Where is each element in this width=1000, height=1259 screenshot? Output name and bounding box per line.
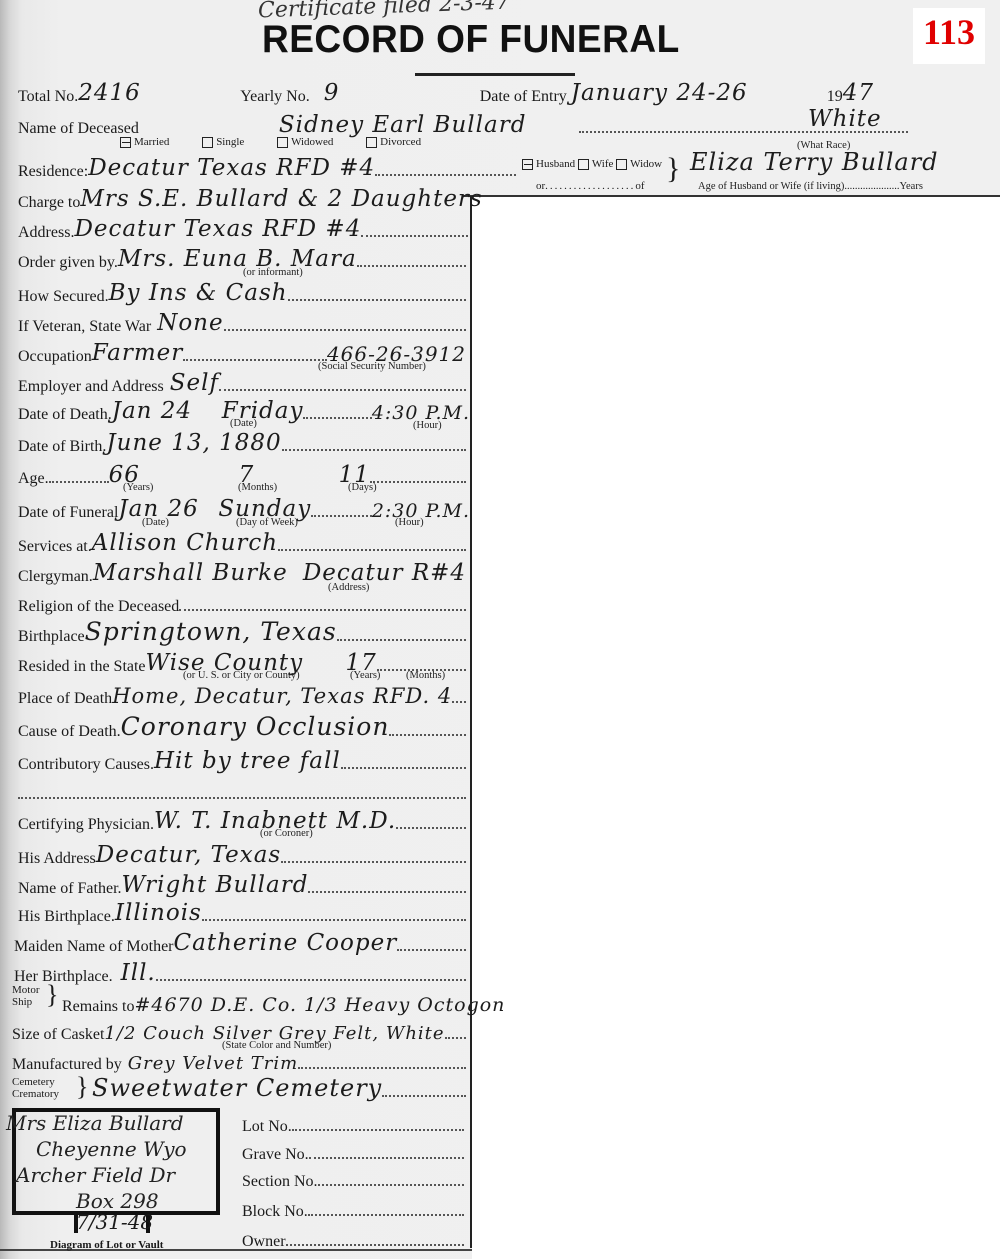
father-birthplace-label: His Birthplace. (18, 908, 115, 926)
physician-label: Certifying Physician. (18, 816, 154, 834)
dot-leader (311, 515, 372, 517)
dot-leader (49, 481, 109, 483)
owner-row: Owner (242, 1227, 464, 1251)
dot-leader (389, 734, 466, 736)
physician-address-value: Decatur, Texas (96, 842, 281, 868)
dot-leader (183, 359, 327, 361)
veteran-value: None (151, 310, 223, 336)
date-of-entry-label: Date of Entry (480, 88, 567, 106)
spouse-option-wife[interactable]: Wife (578, 158, 614, 170)
days-caption: (Days) (348, 482, 377, 493)
order-given-by-label: Order given by. (18, 254, 118, 272)
checkbox[interactable] (277, 137, 288, 148)
column-divider-line (470, 196, 472, 1248)
years-caption: (Years) (123, 482, 153, 493)
cause-of-death-label: Cause of Death. (18, 723, 121, 741)
diagram-label: Diagram of Lot or Vault (50, 1239, 163, 1251)
birthplace-label: Birthplace (18, 628, 85, 646)
date-of-birth-label: Date of Birth. (18, 438, 106, 456)
marital-option-divorced[interactable]: Divorced (366, 136, 421, 148)
grave-no-label: Grave No. (242, 1146, 309, 1164)
services-at-value: Allison Church (92, 530, 278, 556)
dot-leader (375, 174, 516, 176)
employer-row: Employer and Address Self (18, 368, 466, 396)
dot-leader (361, 235, 468, 237)
form-title: RECORD OF FUNERAL (262, 18, 680, 62)
dot-leader (202, 919, 466, 921)
place-of-death-value: Home, Decatur, Texas RFD. 4 (112, 684, 452, 708)
dot-leader (337, 639, 466, 641)
page-number: 113 (913, 8, 985, 64)
date-caption: (Date) (142, 517, 169, 528)
dot-leader (224, 329, 466, 331)
date-of-birth-row: Date of Birth. June 13, 1880 (18, 428, 466, 456)
dot-leader (309, 1157, 464, 1159)
or-coroner-caption: (or Coroner) (260, 828, 313, 839)
checkbox[interactable] (578, 159, 589, 170)
owner-label: Owner (242, 1233, 286, 1251)
clergyman-row: Clergyman. Marshall Burke Decatur R#4 (18, 558, 470, 586)
place-of-death-label: Place of Death (18, 690, 112, 708)
religion-row: Religion of the Deceased (18, 588, 466, 616)
date-of-birth-value: June 13, 1880 (106, 430, 281, 456)
place-of-death-row: Place of Death Home, Decatur, Texas RFD.… (18, 680, 466, 708)
religion-label: Religion of the Deceased (18, 598, 179, 616)
dot-leader (397, 949, 466, 951)
cause-of-death-value: Coronary Occlusion (121, 712, 390, 741)
clergyman-value: Marshall Burke (93, 560, 303, 586)
block-no-label: Block No. (242, 1203, 308, 1221)
marital-option-widowed[interactable]: Widowed (277, 136, 333, 148)
residence-row: Residence: Decatur Texas RFD #4 (18, 153, 516, 181)
dot-leader (445, 1037, 466, 1039)
lot-no-label: Lot No. (242, 1118, 292, 1136)
checkbox-checked[interactable] (522, 159, 533, 170)
address-value: Decatur Texas RFD #4 (74, 216, 361, 242)
dot-leader (452, 701, 466, 703)
occupation-label: Occupation (18, 348, 92, 366)
spouse-or-label: or...................of (536, 180, 645, 192)
mother-row: Maiden Name of Mother Catherine Cooper (14, 928, 466, 956)
order-given-by-row: Order given by. Mrs. Euna B. Mara (18, 244, 466, 272)
day-of-week-caption: (Day of Week) (236, 517, 298, 528)
casket-label: Size of Casket (12, 1026, 104, 1044)
date-of-death-label: Date of Death. (18, 406, 112, 424)
birthplace-row: Birthplace Springtown, Texas (18, 618, 466, 646)
brace-symbol: } (76, 1072, 88, 1102)
occupation-value: Farmer (92, 340, 184, 366)
yearly-no-label: Yearly No. (240, 88, 309, 106)
year-suffix: 47 (843, 80, 874, 106)
father-birthplace-row: His Birthplace. Illinois (18, 898, 466, 926)
resided-label: Resided in the State (18, 658, 146, 676)
hour-caption: (Hour) (395, 517, 424, 528)
header-divider-line (462, 195, 1000, 197)
dot-leader (308, 891, 466, 893)
grave-no-row: Grave No. (242, 1140, 464, 1164)
charge-to-row: Charge to Mrs S.E. Bullard & 2 Daughters (18, 184, 470, 212)
remains-label: Remains to (62, 998, 134, 1016)
cemetery-row: Sweetwater Cemetery (92, 1074, 466, 1102)
spouse-relation-options: Husband Wife Widow (522, 158, 662, 170)
dot-leader (288, 299, 466, 301)
mother-value: Catherine Cooper (174, 930, 398, 956)
birthplace-value: Springtown, Texas (85, 617, 337, 646)
checkbox[interactable] (202, 137, 213, 148)
brace-symbol: } (666, 152, 680, 186)
race-value: White (808, 106, 882, 132)
dot-leader (219, 389, 466, 391)
block-no-row: Block No. (242, 1197, 464, 1221)
dot-leader (370, 481, 466, 483)
spouse-option-widow[interactable]: Widow (616, 158, 662, 170)
dot-leader (18, 797, 466, 799)
address-row: Address. Decatur Texas RFD #4 (18, 214, 468, 242)
spouse-option-husband[interactable]: Husband (522, 158, 575, 170)
mother-birthplace-value: Ill. (113, 960, 156, 986)
physician-row: Certifying Physician. W. T. Inabnett M.D… (18, 806, 466, 834)
blank-right-area (472, 197, 1000, 1259)
diagram-date-note: 7/31-48 (76, 1210, 153, 1234)
marital-status-options: Married Single Widowed Divorced (120, 136, 451, 148)
total-no-value: 2416 (78, 80, 228, 106)
how-secured-value: By Ins & Cash (109, 280, 288, 306)
yearly-no-value: 9 (310, 80, 480, 106)
order-given-by-value: Mrs. Euna B. Mara (118, 246, 357, 272)
charge-to-label: Charge to (18, 194, 80, 212)
dot-leader (303, 417, 371, 419)
marital-option-married[interactable]: Married (120, 136, 169, 148)
cause-of-death-row: Cause of Death. Coronary Occlusion (18, 713, 466, 741)
dot-leader (278, 549, 466, 551)
months-caption: (Months) (238, 482, 277, 493)
year-prefix: 19 (827, 88, 843, 106)
checkbox-checked[interactable] (120, 137, 131, 148)
dot-leader (308, 1214, 464, 1216)
dot-leader (382, 1095, 466, 1097)
dot-leader (179, 609, 466, 611)
dot-leader (341, 767, 466, 769)
services-at-row: Services at. Allison Church (18, 528, 466, 556)
lot-no-row: Lot No. (242, 1112, 464, 1136)
scanned-form-page: Certificate filed 2-3-47 RECORD OF FUNER… (0, 0, 1000, 1259)
father-birthplace-value: Illinois (115, 900, 202, 926)
name-of-deceased-row: Name of Deceased Sidney Earl Bullard Whi… (18, 110, 908, 138)
dot-leader (318, 1184, 464, 1186)
residence-value: Decatur Texas RFD #4 (88, 155, 375, 181)
father-label: Name of Father. (18, 880, 122, 898)
date-of-death-value: Jan 24 (112, 398, 222, 424)
services-at-label: Services at. (18, 538, 92, 556)
mother-label: Maiden Name of Mother (14, 938, 174, 956)
contributory-causes-label: Contributory Causes. (18, 756, 154, 774)
brace-symbol: } (46, 980, 58, 1010)
or-informant-caption: (or informant) (243, 267, 303, 278)
section-no-label: Section No. (242, 1173, 318, 1191)
diagram-handwritten-notes: Mrs Eliza Bullard Cheyenne Wyo Archer Fi… (6, 1110, 256, 1214)
veteran-row: If Veteran, State War None (18, 308, 466, 336)
clergyman-label: Clergyman. (18, 568, 93, 586)
contributory-causes-extra-line (18, 776, 466, 804)
contributory-causes-row: Contributory Causes. Hit by tree fall (18, 746, 466, 774)
date-of-entry-value: January 24-26 (567, 80, 827, 106)
dot-leader (396, 827, 466, 829)
contributory-causes-value: Hit by tree fall (154, 748, 341, 774)
dot-leader (357, 265, 466, 267)
manufactured-row: Manufactured by Grey Velvet Trim (12, 1046, 466, 1074)
checkbox[interactable] (366, 137, 377, 148)
address-label: Address. (18, 224, 74, 242)
dot-leader (281, 861, 466, 863)
employer-label: Employer and Address (18, 378, 164, 396)
father-row: Name of Father. Wright Bullard (18, 870, 466, 898)
veteran-label: If Veteran, State War (18, 318, 151, 336)
spouse-name-value: Eliza Terry Bullard (690, 148, 939, 176)
mother-birthplace-row: Her Birthplace. Ill. (14, 958, 466, 986)
header-row: Total No. 2416 Yearly No. 9 Date of Entr… (18, 78, 978, 106)
checkbox[interactable] (616, 159, 627, 170)
charge-to-value: Mrs S.E. Bullard & 2 Daughters (80, 186, 482, 212)
remains-value: #4670 D.E. Co. 1/3 Heavy Octogon (134, 994, 505, 1016)
physician-address-row: His Address Decatur, Texas (18, 840, 466, 868)
marital-option-single[interactable]: Single (202, 136, 244, 148)
manufactured-label: Manufactured by (12, 1056, 122, 1074)
father-value: Wright Bullard (122, 872, 309, 898)
dot-leader (292, 1129, 464, 1131)
date-of-funeral-label: Date of Funeral (18, 504, 118, 522)
title-underline (415, 73, 575, 76)
dot-leader (286, 1244, 464, 1246)
employer-value: Self (164, 370, 219, 396)
dot-leader (156, 979, 466, 981)
remains-row: Remains to #4670 D.E. Co. 1/3 Heavy Octo… (62, 988, 466, 1016)
dot-leader (282, 449, 466, 451)
dot-leader (298, 1067, 466, 1069)
age-label: Age. (18, 470, 49, 488)
manufactured-value: Grey Velvet Trim (122, 1053, 299, 1074)
section-no-row: Section No. (242, 1167, 464, 1191)
physician-address-label: His Address (18, 850, 96, 868)
cemetery-value: Sweetwater Cemetery (92, 1074, 382, 1102)
how-secured-label: How Secured. (18, 288, 109, 306)
motor-ship-prefix: Motor Ship (12, 984, 40, 1008)
spouse-age-label: Age of Husband or Wife (if living)......… (698, 181, 923, 192)
how-secured-row: How Secured. By Ins & Cash (18, 278, 466, 306)
cemetery-crematory-prefix: Cemetery Crematory (12, 1076, 59, 1100)
name-of-deceased-value: Sidney Earl Bullard (139, 112, 579, 138)
total-no-label: Total No. (18, 88, 78, 106)
residence-label: Residence: (18, 163, 88, 181)
